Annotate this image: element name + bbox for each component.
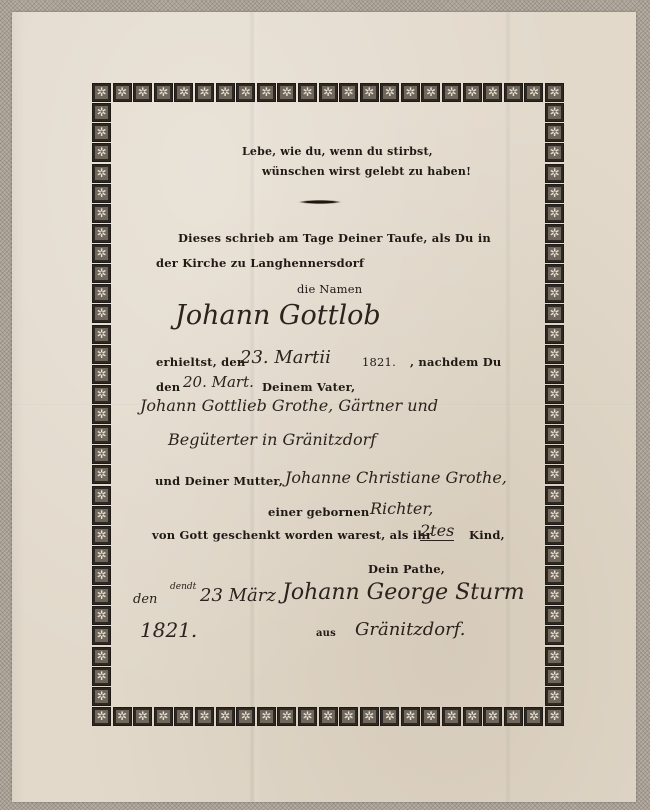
signature-year: 1821. (140, 618, 197, 642)
child-name: Johann Gottlob (175, 300, 381, 331)
den-label: den (156, 380, 180, 394)
certificate-content: Lebe, wie du, wenn du stirbst, wünschen … (0, 0, 650, 810)
baptism-year: 1821. (362, 355, 396, 369)
father-label: Deinem Vater, (262, 380, 355, 394)
sponsor-label: Dein Pathe, (368, 562, 445, 576)
motto-line-2: wünschen wirst gelebt zu haben! (262, 165, 471, 178)
child-ordinal: 2tes (420, 521, 454, 541)
mother-label: und Deiner Mutter, (155, 474, 283, 488)
baptism-date: 23. Martii (240, 347, 331, 368)
father-name-line-2: Begüterter in Gränitzdorf (168, 430, 376, 449)
born-label: einer gebornen (268, 505, 369, 519)
intro-line-2: der Kirche zu Langhennersdorf (156, 256, 364, 270)
maiden-name: Richter, (370, 499, 433, 518)
sponsor-name: Johann George Sturm (282, 580, 525, 605)
received-suffix: , nachdem Du (410, 355, 501, 369)
divider-ornament (298, 200, 342, 204)
gift-suffix: Kind, (469, 528, 505, 542)
from-label: aus (316, 628, 336, 639)
motto-line-1: Lebe, wie du, wenn du stirbst, (242, 145, 433, 158)
sponsor-place: Gränitzdorf. (355, 619, 466, 640)
names-label: die Namen (297, 282, 362, 296)
intro-line-1: Dieses schrieb am Tage Deiner Taufe, als… (178, 231, 491, 245)
signature-date: 23 März (200, 585, 276, 606)
father-name-line-1: Johann Gottlieb Grothe, Gärtner und (140, 396, 438, 415)
received-prefix: erhieltst, den (156, 355, 245, 369)
birth-date: 20. Mart. (183, 373, 254, 391)
mother-name: Johanne Christiane Grothe, (285, 468, 507, 487)
signature-date-superscript: dendt (170, 582, 196, 592)
signature-date-prefix: den (133, 592, 157, 607)
gift-prefix: von Gott geschenkt worden warest, als ih… (152, 528, 432, 542)
